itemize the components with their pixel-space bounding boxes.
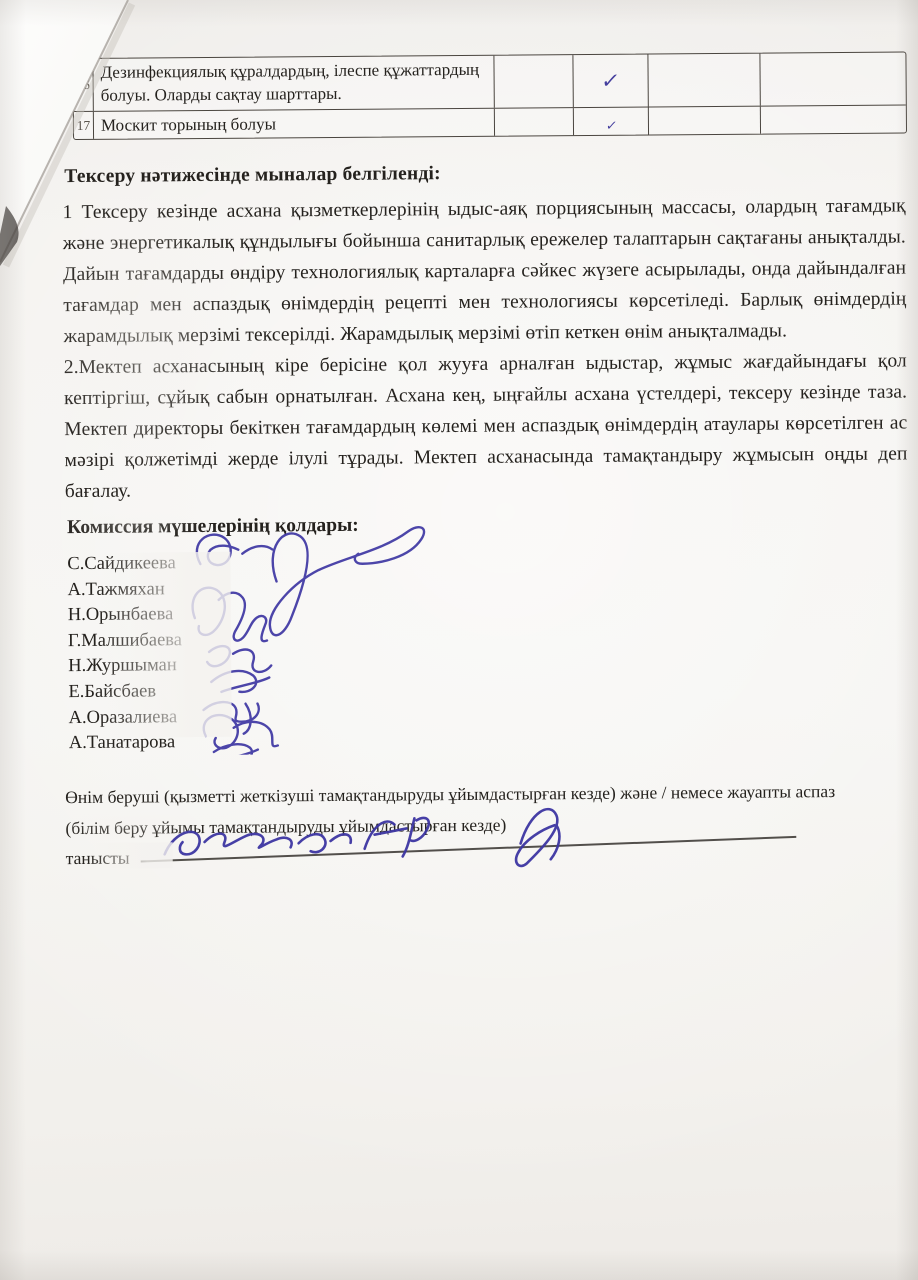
commission-member: Н.Журшыман: [68, 654, 182, 680]
commission-member: А.Танатарова: [69, 730, 183, 756]
check-cell: [761, 105, 906, 134]
row-description: Дезинфекциялық құралдардың, ілеспе құжат…: [93, 56, 494, 111]
check-cell: [760, 52, 905, 105]
commission-member: А.Оразалиева: [69, 705, 183, 731]
commission-signatures-heading: Комиссия мүшелерінің қолдары:: [67, 515, 359, 539]
check-cell: [649, 107, 761, 135]
checkmark-icon: ✓: [604, 119, 617, 134]
commission-members-list: С.Сайдикеева А.Тажмяхан Н.Орынбаева Г.Ма…: [67, 551, 183, 757]
inspection-checklist-table: 16 Дезинфекциялық құралдардың, ілеспе құ…: [72, 51, 907, 140]
findings-paragraph-2: 2.Мектеп асханасының кіре берісіне қол ж…: [64, 345, 908, 507]
findings-paragraph-1: 1 Тексеру кезінде асхана қызметкерлеріні…: [63, 190, 907, 352]
row-number: 17: [74, 112, 94, 140]
findings-heading: Тексеру нәтижесінде мыналар белгіленді:: [64, 159, 909, 188]
check-cell: ✓: [574, 107, 649, 135]
check-cell: [648, 54, 760, 107]
document-page: 16 Дезинфекциялық құралдардың, ілеспе құ…: [0, 0, 918, 1280]
check-cell: ✓: [573, 54, 648, 107]
check-cell: [495, 108, 574, 136]
commission-member: С.Сайдикеева: [67, 551, 181, 577]
checkmark-icon: ✓: [600, 69, 622, 93]
scanned-document-photo: 16 Дезинфекциялық құралдардың, ілеспе құ…: [0, 0, 918, 1280]
commission-member: Е.Байсбаев: [68, 679, 182, 705]
table-row: 16 Дезинфекциялық құралдардың, ілеспе құ…: [73, 52, 905, 111]
commission-signatures-ink: [178, 518, 490, 755]
commission-member: А.Тажмяхан: [68, 577, 182, 603]
commission-member: Г.Малшибаева: [68, 628, 182, 654]
check-cell: [494, 55, 573, 108]
row-description: Москит торының болуы: [94, 109, 495, 140]
row-number: 16: [73, 59, 93, 111]
commission-member: Н.Орынбаева: [68, 602, 182, 628]
